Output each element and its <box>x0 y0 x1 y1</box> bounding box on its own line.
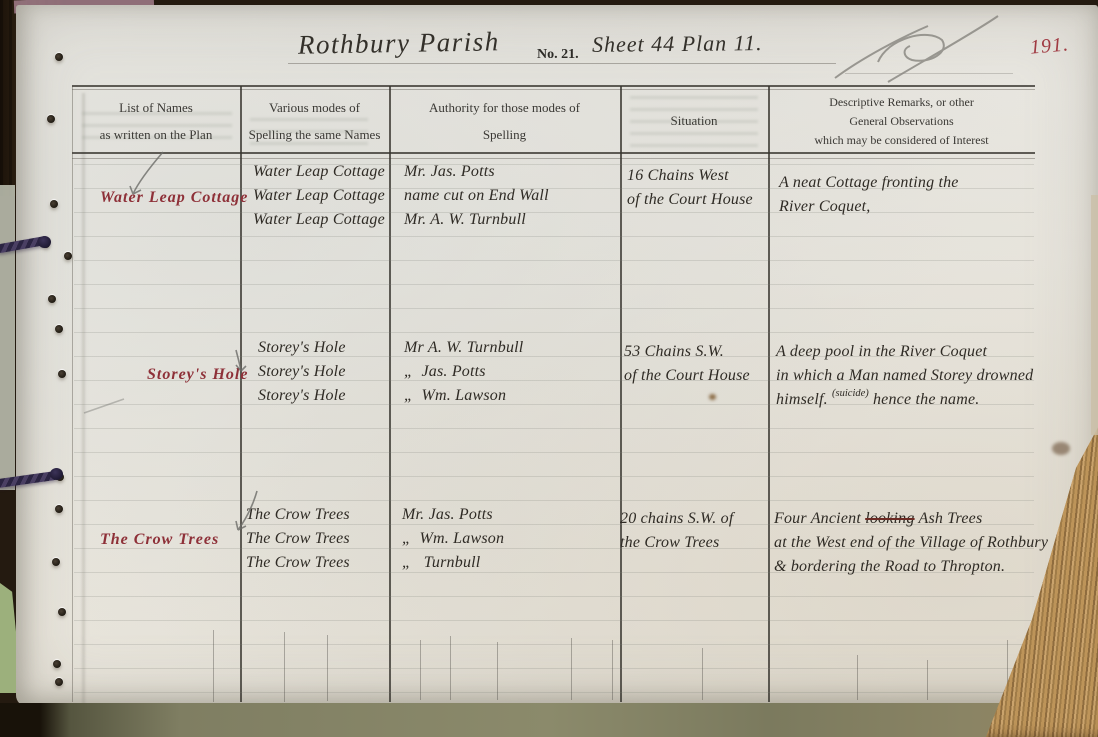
desk-strip <box>0 703 1098 737</box>
spelling-line: Storey's Hole <box>258 339 346 357</box>
sheet-plan-label: Sheet 44 Plan 11. <box>592 32 763 56</box>
authority-line: „ Wm. Lawson <box>402 530 504 548</box>
ink-spot <box>709 394 716 400</box>
edge-stain <box>1052 442 1070 455</box>
struck-word: looking <box>865 510 914 527</box>
column-header-line: which may be considered of Interest <box>814 133 988 148</box>
spelling-line: Storey's Hole <box>258 387 346 405</box>
spelling-line: The Crow Trees <box>246 506 350 524</box>
place-name: The Crow Trees <box>100 531 219 549</box>
ghost-rule <box>450 636 451 700</box>
spelling-line: Storey's Hole <box>258 363 346 381</box>
authority-line: „ Turnbull <box>402 554 480 572</box>
show-through-smudge <box>82 112 232 146</box>
authority-line: Mr. A. W. Turnbull <box>404 211 526 229</box>
table-top-rule <box>72 85 1035 87</box>
remark-line: River Coquet, <box>779 198 870 216</box>
plan-number-label: No. 21. <box>537 48 579 62</box>
remark-line: A deep pool in the River Coquet <box>776 343 987 361</box>
signature-underline <box>845 73 1013 74</box>
show-through-smudge <box>250 118 368 148</box>
header-bottom-rule-2 <box>72 158 1035 159</box>
binding-cord-end <box>50 468 63 480</box>
place-name: Water Leap Cottage <box>100 189 248 207</box>
column-header-line: General Observations <box>849 114 953 129</box>
show-through-smudge <box>630 96 758 148</box>
spelling-line: The Crow Trees <box>246 530 350 548</box>
punched-hole <box>58 608 66 616</box>
faint-ruled-lines <box>74 164 1034 702</box>
situation-line: the Crow Trees <box>620 534 719 552</box>
column-header-line: Spelling <box>483 127 526 143</box>
column-header-line: Descriptive Remarks, or other <box>829 95 974 110</box>
underlying-page-sliver <box>0 185 15 490</box>
situation-line: 20 chains S.W. of <box>620 510 733 528</box>
authority-line: Mr A. W. Turnbull <box>404 339 523 357</box>
table-left-border <box>72 86 73 702</box>
interlinear-note: (suicide) <box>832 388 869 399</box>
ghost-rule <box>497 642 498 700</box>
ghost-rule <box>702 648 703 700</box>
situation-line: of the Court House <box>627 191 753 209</box>
column-header-line: Authority for those modes of <box>429 100 580 116</box>
right-page-edge <box>1091 195 1098 435</box>
remark-line: himself. (suicide) hence the name. <box>776 391 980 409</box>
column-header-line: Various modes of <box>269 100 360 116</box>
punched-hole <box>50 200 58 208</box>
authority-line: name cut on End Wall <box>404 187 549 205</box>
punched-hole <box>55 678 63 686</box>
authority-line: Mr. Jas. Potts <box>404 163 495 181</box>
ghost-rule <box>857 655 858 700</box>
authority-line: „ Jas. Potts <box>404 363 486 381</box>
spelling-line: Water Leap Cottage <box>253 187 385 205</box>
parish-title: Rothbury Parish <box>298 28 500 59</box>
binding-cord-end <box>38 236 51 248</box>
column-header-remarks: Descriptive Remarks, or other General Ob… <box>768 90 1035 152</box>
scanned-ledger-photo: Rothbury Parish No. 21. Sheet 44 Plan 11… <box>0 0 1098 737</box>
ghost-rule <box>327 635 328 701</box>
remark-line: in which a Man named Storey drowned <box>776 367 1033 385</box>
punched-hole <box>58 370 66 378</box>
punched-hole <box>47 115 55 123</box>
title-underline <box>288 63 836 64</box>
situation-line: 53 Chains S.W. <box>624 343 724 361</box>
situation-line: of the Court House <box>624 367 750 385</box>
authority-line: „ Wm. Lawson <box>404 387 506 405</box>
remark-line: & bordering the Road to Thropton. <box>774 558 1005 576</box>
spelling-line: The Crow Trees <box>246 554 350 572</box>
spelling-line: Water Leap Cottage <box>253 211 385 229</box>
page-number: 191. <box>1029 34 1070 57</box>
punched-hole <box>55 325 63 333</box>
header-bottom-rule <box>72 152 1035 154</box>
ghost-rule <box>420 640 421 700</box>
situation-line: 16 Chains West <box>627 167 729 185</box>
place-name: Storey's Hole <box>147 366 248 384</box>
remark-line: Four Ancient looking Ash Trees <box>774 510 982 528</box>
punched-hole <box>52 558 60 566</box>
punched-hole <box>53 660 61 668</box>
column-header-authority: Authority for those modes of Spelling <box>389 92 620 150</box>
remark-line: at the West end of the Village of Rothbu… <box>774 534 1048 552</box>
ghost-rule <box>927 660 928 700</box>
punched-hole <box>55 53 63 61</box>
remark-line: A neat Cottage fronting the <box>779 174 959 192</box>
ghost-rule <box>571 638 572 700</box>
ghost-rule <box>612 640 613 700</box>
authority-line: Mr. Jas. Potts <box>402 506 493 524</box>
spelling-line: Water Leap Cottage <box>253 163 385 181</box>
punched-hole <box>55 505 63 513</box>
punched-hole <box>48 295 56 303</box>
ghost-rule <box>284 632 285 702</box>
punched-hole <box>64 252 72 260</box>
ghost-rule <box>213 630 214 702</box>
